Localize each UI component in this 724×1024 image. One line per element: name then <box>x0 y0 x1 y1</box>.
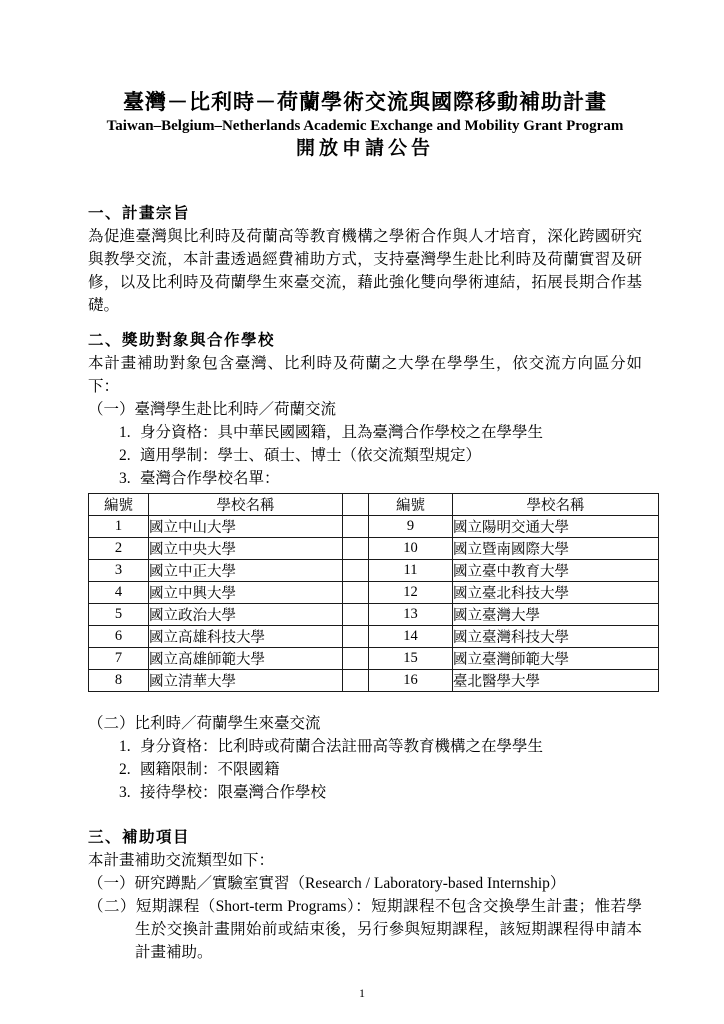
school-name-cell: 國立中正大學 <box>149 560 343 582</box>
row-number-cell: 16 <box>369 670 453 692</box>
row-number-cell: 12 <box>369 582 453 604</box>
row-number-cell: 5 <box>89 604 149 626</box>
school-name-cell: 國立高雄師範大學 <box>149 648 343 670</box>
column-header-school: 學校名稱 <box>149 494 343 516</box>
list-item: 2. 國籍限制：不限國籍 <box>119 758 642 781</box>
title-english: Taiwan–Belgium–Netherlands Academic Exch… <box>88 116 642 136</box>
table-row: 1 國立中山大學 9 國立陽明交通大學 <box>89 516 659 538</box>
school-name-cell: 國立中興大學 <box>149 582 343 604</box>
document-page: 臺灣－比利時－荷蘭學術交流與國際移動補助計畫 Taiwan–Belgium–Ne… <box>0 0 724 1024</box>
section-purpose-heading: 一、計畫宗旨 <box>88 202 642 225</box>
list-item-text: 接待學校：限臺灣合作學校 <box>140 781 326 804</box>
school-name-cell: 國立暨南國際大學 <box>453 538 659 560</box>
row-number-cell: 2 <box>89 538 149 560</box>
section-eligibility: 二、獎助對象與合作學校 本計畫補助對象包含臺灣、比利時及荷蘭之大學在學學生，依交… <box>88 329 642 804</box>
row-number-cell: 10 <box>369 538 453 560</box>
section-purpose: 一、計畫宗旨 為促進臺灣與比利時及荷蘭高等教育機構之學術合作與人才培育，深化跨國… <box>88 202 642 317</box>
table-row: 7 國立高雄師範大學 15 國立臺灣師範大學 <box>89 648 659 670</box>
page-footer: 1 <box>0 986 724 1000</box>
gap-cell <box>343 604 369 626</box>
title-announcement: 開放申請公告 <box>88 136 642 162</box>
table-header-row: 編號 學校名稱 編號 學校名稱 <box>89 494 659 516</box>
column-header-number: 編號 <box>89 494 149 516</box>
list-item-text: 身分資格：具中華民國國籍，且為臺灣合作學校之在學學生 <box>140 421 543 444</box>
column-header-school: 學校名稱 <box>453 494 659 516</box>
school-name-cell: 國立中山大學 <box>149 516 343 538</box>
partner-schools-table: 編號 學校名稱 編號 學校名稱 1 國立中山大學 9 國立陽明交通大學 <box>88 493 659 692</box>
gap-cell <box>343 582 369 604</box>
school-name-cell: 國立陽明交通大學 <box>453 516 659 538</box>
school-name-cell: 國立政治大學 <box>149 604 343 626</box>
gap-cell <box>343 494 369 516</box>
document-content: 臺灣－比利時－荷蘭學術交流與國際移動補助計畫 Taiwan–Belgium–Ne… <box>0 0 724 964</box>
row-number-cell: 11 <box>369 560 453 582</box>
list-item-text: 國籍限制：不限國籍 <box>140 758 280 781</box>
section-purpose-body: 為促進臺灣與比利時及荷蘭高等教育機構之學術合作與人才培育，深化跨國研究與教學交流… <box>88 225 642 317</box>
table-row: 5 國立政治大學 13 國立臺灣大學 <box>89 604 659 626</box>
list-item-number: 1. <box>119 735 140 758</box>
row-number-cell: 14 <box>369 626 453 648</box>
section-subsidy-heading: 三、補助項目 <box>88 826 642 849</box>
gap-cell <box>343 560 369 582</box>
row-number-cell: 7 <box>89 648 149 670</box>
list-item-text: 臺灣合作學校名單： <box>140 467 280 490</box>
list-item: 1. 身分資格：比利時或荷蘭合法註冊高等教育機構之在學學生 <box>119 735 642 758</box>
document-header: 臺灣－比利時－荷蘭學術交流與國際移動補助計畫 Taiwan–Belgium–Ne… <box>88 88 642 162</box>
school-name-cell: 國立臺灣大學 <box>453 604 659 626</box>
inbound-heading: （二）比利時／荷蘭學生來臺交流 <box>88 712 642 735</box>
school-name-cell: 臺北醫學大學 <box>453 670 659 692</box>
list-item: 3. 接待學校：限臺灣合作學校 <box>119 781 642 804</box>
row-number-cell: 1 <box>89 516 149 538</box>
list-item-number: 3. <box>119 781 140 804</box>
gap-cell <box>343 648 369 670</box>
list-item: 3. 臺灣合作學校名單： <box>119 467 642 490</box>
school-name-cell: 國立臺灣師範大學 <box>453 648 659 670</box>
school-name-cell: 國立清華大學 <box>149 670 343 692</box>
list-item-number: 2. <box>119 444 140 467</box>
subsidy-item: （一）研究蹲點／實驗室實習（Research / Laboratory-base… <box>88 872 642 895</box>
list-item-text: 身分資格：比利時或荷蘭合法註冊高等教育機構之在學學生 <box>140 735 543 758</box>
row-number-cell: 13 <box>369 604 453 626</box>
list-item-number: 2. <box>119 758 140 781</box>
gap-cell <box>343 670 369 692</box>
school-name-cell: 國立臺中教育大學 <box>453 560 659 582</box>
row-number-cell: 9 <box>369 516 453 538</box>
gap-cell <box>343 538 369 560</box>
section-subsidy-intro: 本計畫補助交流類型如下： <box>88 849 642 872</box>
inbound-block: （二）比利時／荷蘭學生來臺交流 1. 身分資格：比利時或荷蘭合法註冊高等教育機構… <box>88 712 642 804</box>
list-item-number: 1. <box>119 421 140 444</box>
row-number-cell: 6 <box>89 626 149 648</box>
row-number-cell: 8 <box>89 670 149 692</box>
section-eligibility-heading: 二、獎助對象與合作學校 <box>88 329 642 352</box>
section-subsidy: 三、補助項目 本計畫補助交流類型如下： （一）研究蹲點／實驗室實習（Resear… <box>88 826 642 964</box>
gap-cell <box>343 626 369 648</box>
page-number: 1 <box>359 986 365 1000</box>
inbound-list: 1. 身分資格：比利時或荷蘭合法註冊高等教育機構之在學學生 2. 國籍限制：不限… <box>88 735 642 804</box>
outbound-list: 1. 身分資格：具中華民國國籍，且為臺灣合作學校之在學學生 2. 適用學制：學士… <box>88 421 642 490</box>
title-chinese: 臺灣－比利時－荷蘭學術交流與國際移動補助計畫 <box>88 88 642 116</box>
list-item: 1. 身分資格：具中華民國國籍，且為臺灣合作學校之在學學生 <box>119 421 642 444</box>
school-name-cell: 國立臺灣科技大學 <box>453 626 659 648</box>
row-number-cell: 3 <box>89 560 149 582</box>
table-row: 4 國立中興大學 12 國立臺北科技大學 <box>89 582 659 604</box>
outbound-heading: （一）臺灣學生赴比利時／荷蘭交流 <box>88 398 642 421</box>
table-row: 6 國立高雄科技大學 14 國立臺灣科技大學 <box>89 626 659 648</box>
table-row: 2 國立中央大學 10 國立暨南國際大學 <box>89 538 659 560</box>
subsidy-item: （二）短期課程（Short-term Programs）：短期課程不包含交換學生… <box>88 895 642 964</box>
gap-cell <box>343 516 369 538</box>
list-item: 2. 適用學制：學士、碩士、博士（依交流類型規定） <box>119 444 642 467</box>
school-name-cell: 國立高雄科技大學 <box>149 626 343 648</box>
table-row: 3 國立中正大學 11 國立臺中教育大學 <box>89 560 659 582</box>
list-item-text: 適用學制：學士、碩士、博士（依交流類型規定） <box>140 444 481 467</box>
school-name-cell: 國立臺北科技大學 <box>453 582 659 604</box>
school-name-cell: 國立中央大學 <box>149 538 343 560</box>
row-number-cell: 15 <box>369 648 453 670</box>
row-number-cell: 4 <box>89 582 149 604</box>
section-eligibility-intro: 本計畫補助對象包含臺灣、比利時及荷蘭之大學在學學生，依交流方向區分如下： <box>88 352 642 398</box>
column-header-number: 編號 <box>369 494 453 516</box>
list-item-number: 3. <box>119 467 140 490</box>
table-row: 8 國立清華大學 16 臺北醫學大學 <box>89 670 659 692</box>
